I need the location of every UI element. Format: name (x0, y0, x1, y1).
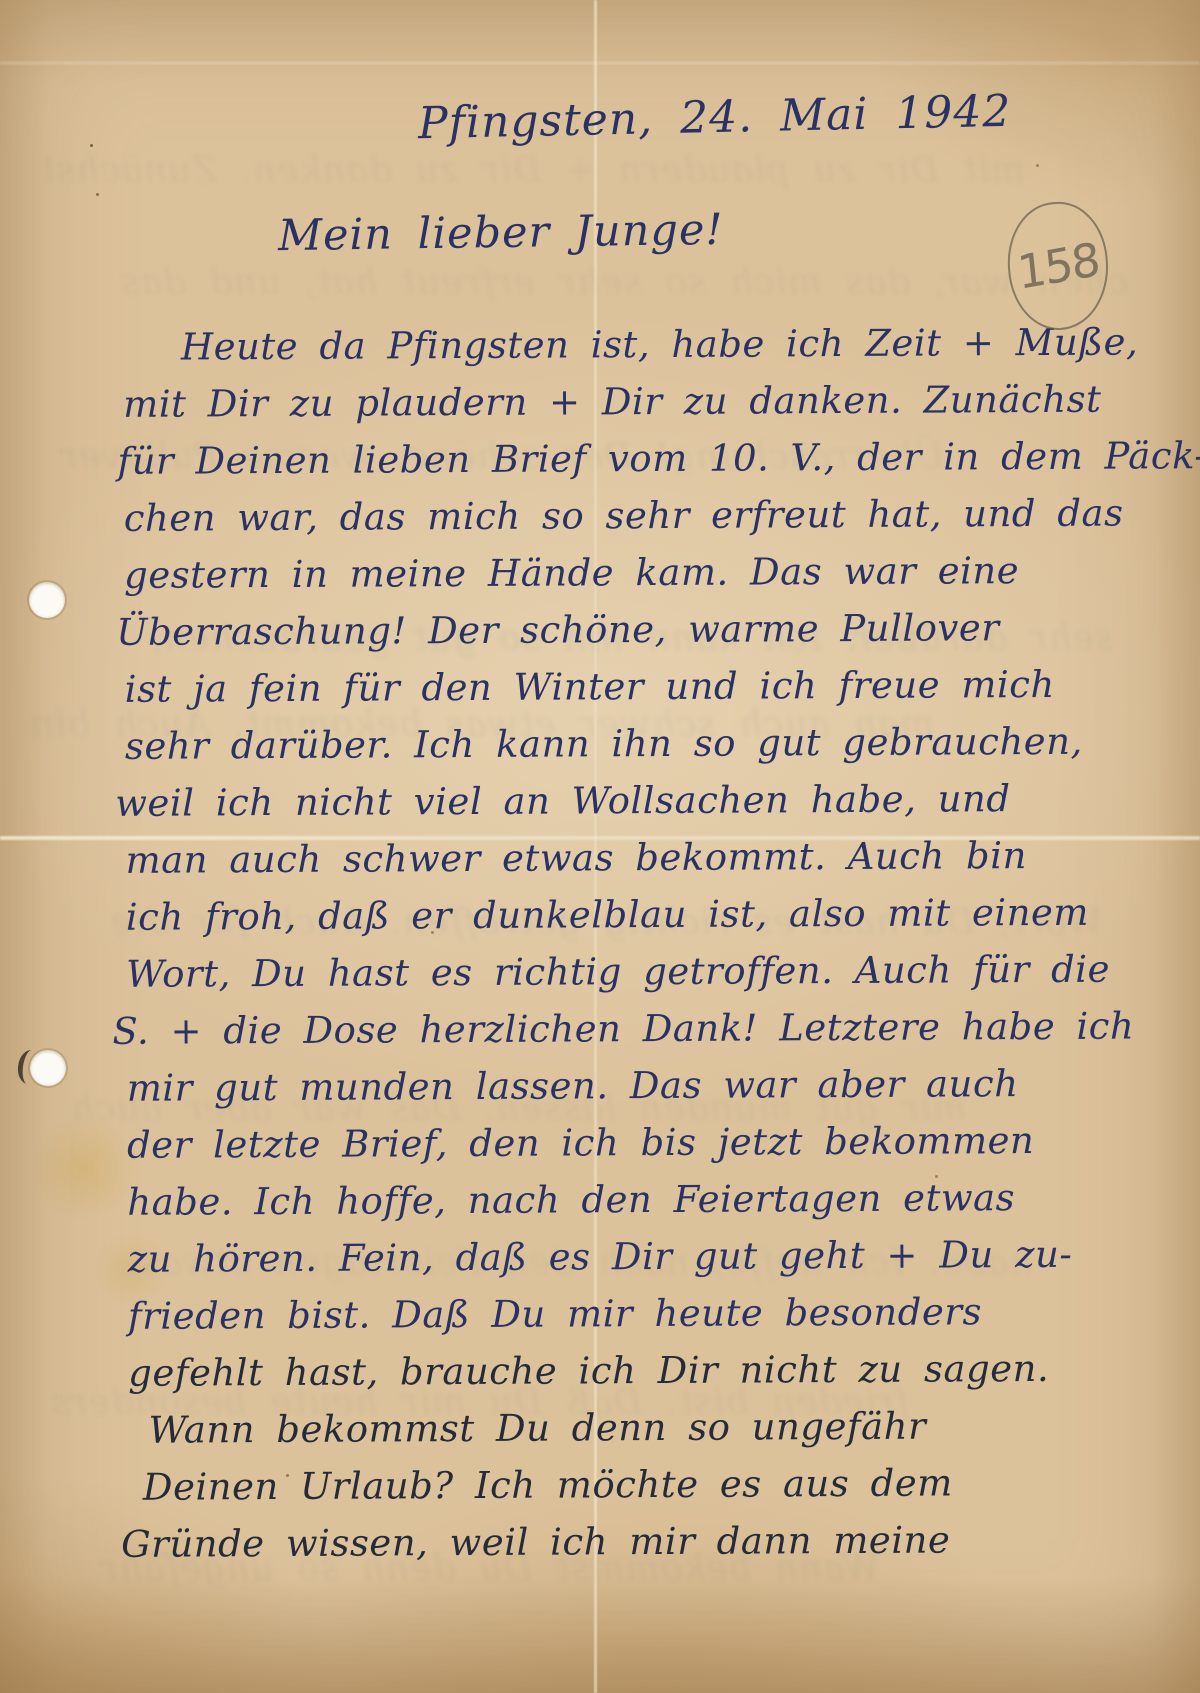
top-fold-crease (0, 62, 1200, 64)
bleed-line: mit Dir zu plaudern + Dir zu danken. Zun… (40, 150, 1025, 191)
letter-line: Deinen Urlaub? Ich möchte es aus dem (143, 1453, 1200, 1516)
letter-line: Wann bekommst Du denn so ungefähr (148, 1396, 1200, 1459)
letter-line: chen war, das mich so sehr erfreut hat, … (124, 484, 1198, 547)
letter-line: gestern in meine Hände kam. Das war eine (124, 541, 1198, 604)
letter-line: frieden bist. Daß Du mir heute besonders (128, 1282, 1200, 1345)
letter-line: Gründe wissen, weil ich mir dann meine (121, 1510, 1200, 1573)
letter-line: für Deinen lieben Brief vom 10. V., der … (117, 427, 1197, 490)
letter-line: weil ich nicht viel an Wollsachen habe, … (115, 769, 1199, 832)
punch-hole (30, 1050, 66, 1086)
letter-line: gefehlt hast, brauche ich Dir nicht zu s… (128, 1339, 1200, 1402)
date-line: Pfingsten, 24. Mai 1942 (418, 86, 1012, 149)
paper-specks (90, 144, 93, 147)
punch-hole (29, 582, 65, 618)
letter-line: mir gut munden lassen. Das war aber auch (127, 1054, 1200, 1117)
bleed-line: chen war, das mich so sehr erfreut hat, … (120, 262, 1128, 303)
salutation: Mein lieber Junge! (278, 205, 724, 261)
letter-line: der letzte Brief, den ich bis jetzt beko… (127, 1111, 1200, 1174)
letter-line: man auch schwer etwas bekommt. Auch bin (125, 826, 1199, 889)
letter-line: sehr darüber. Ich kann ihn so gut gebrau… (125, 712, 1199, 775)
letter-page: mit Dir zu plaudern + Dir zu danken. Zun… (0, 0, 1200, 1693)
letter-line: habe. Ich hoffe, nach den Feiertagen etw… (127, 1168, 1200, 1231)
letter-body: Heute da Pfingsten ist, habe ich Zeit + … (123, 313, 1200, 1573)
letter-line: Überraschung! Der schöne, warme Pullover (116, 598, 1198, 661)
letter-line: zu hören. Fein, daß es Dir gut geht + Du… (127, 1225, 1200, 1288)
letter-line: ich froh, daß er dunkelblau ist, also mi… (126, 883, 1200, 946)
letter-line: ist ja fein für den Winter und ich freue… (125, 655, 1199, 718)
letter-line: mit Dir zu plaudern + Dir zu danken. Zun… (123, 370, 1197, 433)
letter-line: S. + die Dose herzlichen Dank! Letztere … (112, 997, 1200, 1060)
letter-line: Wort, Du hast es richtig getroffen. Auch… (126, 940, 1200, 1003)
archive-number: 158 (1015, 232, 1101, 300)
